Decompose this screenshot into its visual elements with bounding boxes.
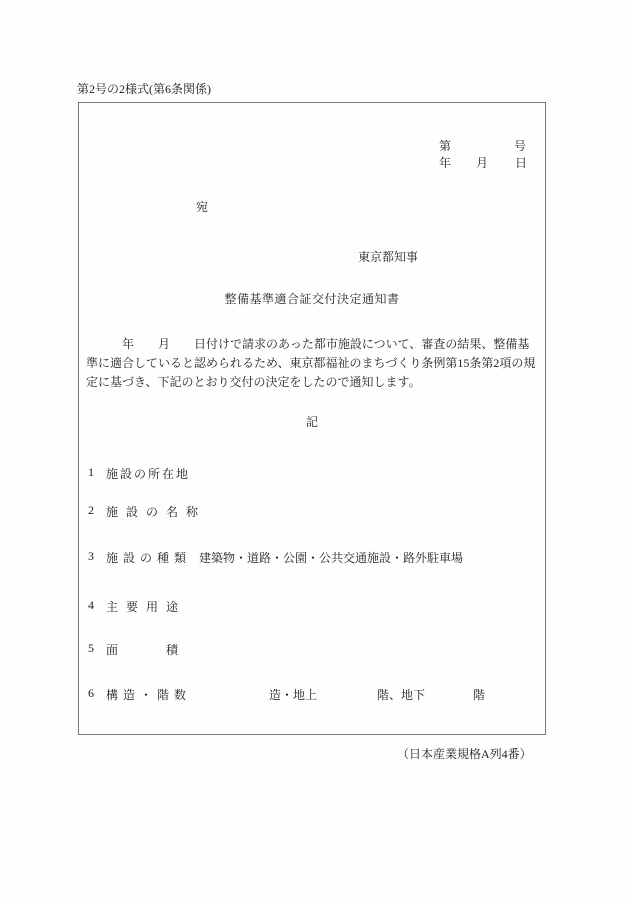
body-line: 年 月 日付けで請求のあった都市施設について、審査の結果、整備基: [86, 335, 538, 354]
item-label: 面 積: [106, 641, 178, 658]
sender-name: 東京都知事: [358, 248, 418, 265]
form-border-box: 第 号 年 月 日 宛 東京都知事 整備基準適合証交付決定通知書 年 月 日付け…: [78, 102, 546, 735]
item-label: 施設の名称: [106, 503, 206, 520]
body-paragraph: 年 月 日付けで請求のあった都市施設について、審査の結果、整備基 準に適合してい…: [86, 335, 538, 392]
date-day-label: 日: [515, 154, 527, 171]
form-item: 3 施設の種類 建築物・道路・公園・公共交通施設・路外駐車場: [88, 549, 538, 565]
form-item: 6 構造・階数 造・地上 階、地下 階: [88, 686, 538, 702]
item-number: 5: [88, 641, 94, 656]
form-item: 5 面 積: [88, 641, 538, 657]
doc-number-suffix: 号: [514, 137, 526, 154]
item-label: 構造・階数: [106, 686, 191, 703]
item-number: 1: [88, 465, 94, 480]
addressee-suffix-label: 宛: [196, 198, 208, 215]
item-number: 3: [88, 549, 94, 564]
doc-number-prefix: 第: [439, 137, 451, 154]
form-title: 整備基準適合証交付決定通知書: [79, 290, 545, 307]
body-line: 準に適合していると認められるため、東京都福祉のまちづくり条例第15条第2項の規: [86, 354, 538, 373]
item-label: 施設の所在地: [106, 465, 190, 482]
form-item: 4 主要用途: [88, 598, 538, 614]
form-page: 第2号の2様式(第6条関係) 第 号 年 月 日 宛 東京都知事 整備基準適合証…: [0, 0, 630, 903]
item-number: 2: [88, 503, 94, 518]
date-month-label: 月: [476, 154, 488, 171]
form-item: 1 施設の所在地: [88, 465, 538, 481]
paper-size-note: （日本産業規格A列4番）: [397, 745, 532, 762]
item-value: 造・地上 階、地下 階: [269, 686, 485, 703]
item-label: 主要用途: [106, 598, 186, 615]
form-item: 2 施設の名称: [88, 503, 538, 519]
item-number: 6: [88, 686, 94, 701]
item-number: 4: [88, 598, 94, 613]
form-style-label: 第2号の2様式(第6条関係): [77, 80, 211, 97]
body-line: 定に基づき、下記のとおり交付の決定をしたので通知します。: [86, 373, 538, 392]
item-label: 施設の種類: [106, 549, 191, 566]
record-heading: 記: [79, 413, 545, 430]
item-value: 建築物・道路・公園・公共交通施設・路外駐車場: [199, 549, 463, 566]
date-year-label: 年: [439, 154, 451, 171]
